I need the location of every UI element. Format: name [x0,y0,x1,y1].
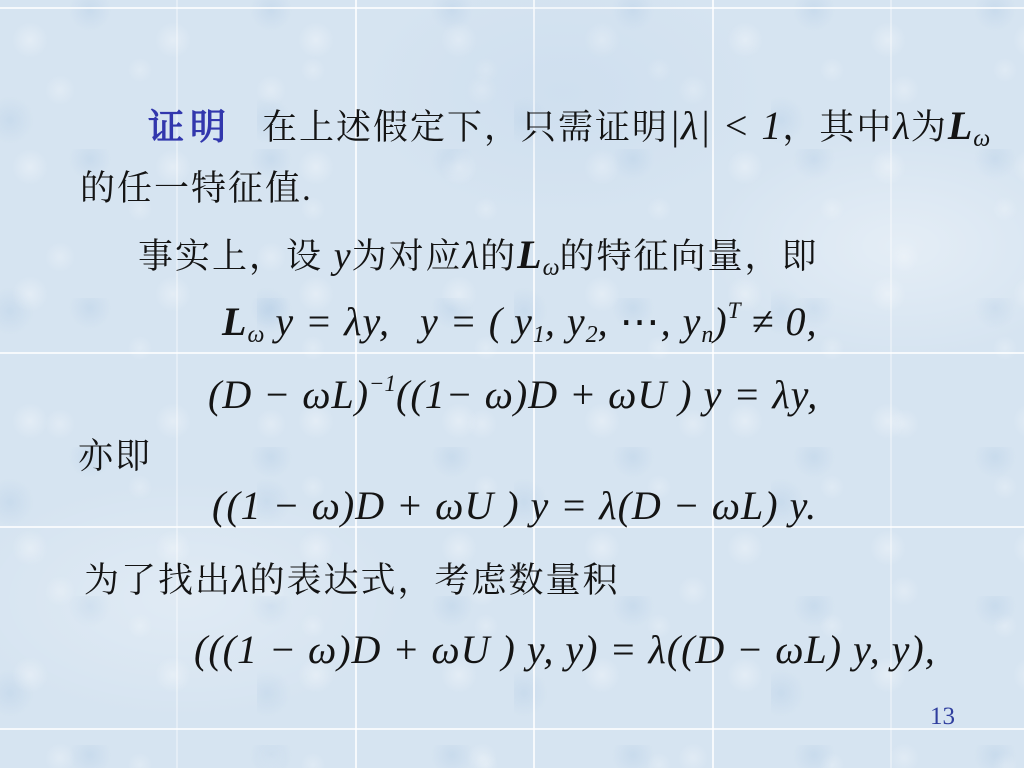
math-subscript-2: 2 [586,322,598,348]
math-transpose-superscript: T [728,298,741,323]
math-run: y = λy, [264,299,390,344]
math-inverse-superscript: −1 [369,371,396,396]
math-run: ((1− ω)D + ωU ) y = λy, [396,372,818,417]
grid-line-horizontal [0,352,1024,354]
math-run: ≠ 0, [741,299,818,344]
math-L-omega: L [222,299,247,344]
math-omega-subscript: ω [973,126,990,152]
math-omega-subscript: ω [247,322,264,348]
text-run: 亦即 [78,437,152,476]
math-run: , y [545,299,586,344]
proof-intro-line: 证明在上述假定下，只需证明|λ| < 1，其中λ为Lω [148,99,990,153]
text-run: 的任一特征值. [80,169,313,208]
math-L-omega: L [948,103,973,148]
math-y: y [334,235,352,277]
grid-line-horizontal [0,7,1024,9]
inner-product-intro-line: 为了找出λ的表达式，考虑数量积 [84,553,620,603]
math-run: (D − ωL) [208,372,369,417]
math-run: (((1 − ω)D + ωU ) y, y) = λ((D − ωL) y, … [194,627,936,672]
text-run: 为 [911,108,948,147]
text-run: 的表达式，考虑数量积 [249,561,619,600]
proof-intro-line-2: 的任一特征值. [80,161,313,211]
text-run: 为了找出 [84,561,232,600]
math-omega-subscript: ω [543,255,560,281]
page-number: 13 [930,703,955,731]
math-run: y = ( y [420,299,533,344]
math-run: ) [713,299,727,344]
formula-iteration-matrix: (D − ωL)−1((1− ω)D + ωU ) y = λy, [208,371,818,418]
slide: 证明在上述假定下，只需证明|λ| < 1，其中λ为Lω 的任一特征值. 事实上，… [0,0,1024,768]
math-lambda: λ [463,235,480,277]
math-subscript-n: n [701,322,713,348]
formula-inner-product: (((1 − ω)D + ωU ) y, y) = λ((D − ωL) y, … [194,626,936,673]
text-run: 为对应 [352,237,463,276]
text-run: ，其中 [782,108,893,147]
math-lambda: λ [893,106,910,148]
formula-rearranged: ((1 − ω)D + ωU ) y = λ(D − ωL) y. [212,482,817,529]
setup-line: 事实上，设 y为对应λ的Lω的特征向量，即 [138,229,819,282]
math-subscript-1: 1 [533,322,545,348]
text-run: 的 [480,237,517,276]
math-run: , ⋯, y [598,299,702,344]
math-run: ((1 − ω)D + ωU ) y = λ(D − ωL) y. [212,483,817,528]
grid-line-horizontal [0,728,1024,730]
text-run: 事实上，设 [138,237,334,276]
formula-eigenvector: Lω y = λy,y = ( y1, y2, ⋯, yn)T ≠ 0, [222,298,817,349]
math-L-omega: L [517,232,542,277]
proof-label: 证明 [148,107,232,147]
text-run: 的特征向量，即 [560,237,819,276]
math-abs-lambda: |λ| < 1 [669,103,782,148]
text-run: 在上述假定下，只需证明 [262,108,669,147]
math-lambda: λ [232,559,249,601]
connector-line: 亦即 [78,429,152,479]
